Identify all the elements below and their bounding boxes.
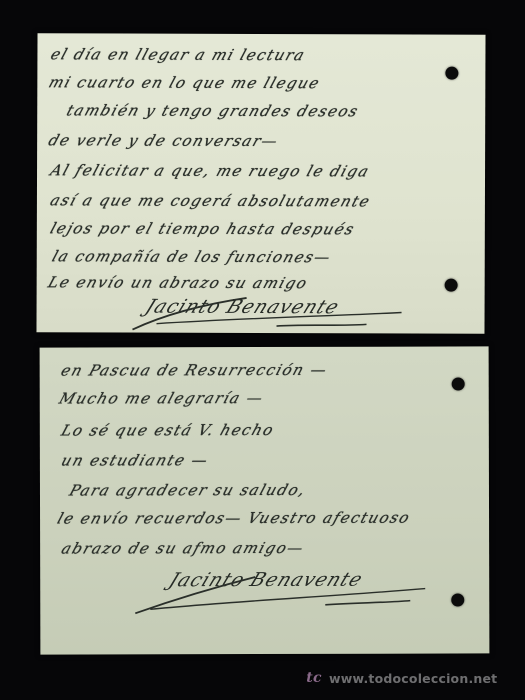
handwritten-line: también y tengo grandes deseos xyxy=(64,101,361,120)
punch-hole xyxy=(452,377,465,390)
handwritten-line: en Pascua de Resurrección — xyxy=(59,361,331,380)
handwritten-line: el día en llegar a mi lectura xyxy=(48,45,308,64)
todocoleccion-logo-icon: tc xyxy=(305,668,323,688)
signature-flourish xyxy=(126,294,406,335)
handwritten-card-top: el día en llegar a mi lectura mi cuarto … xyxy=(36,33,485,334)
punch-hole xyxy=(445,67,458,80)
handwritten-line: Le envío un abrazo su amigo xyxy=(46,273,311,292)
handwritten-line: Lo sé que está V. hecho xyxy=(59,421,277,440)
handwritten-card-bottom: en Pascua de Resurrección — Mucho me ale… xyxy=(40,346,490,654)
watermark-text: www.todocoleccion.net xyxy=(329,671,497,686)
handwritten-line: lejos por el tiempo hasta después xyxy=(48,219,358,238)
signature-flourish xyxy=(125,569,445,620)
handwritten-line: Mucho me alegraría — xyxy=(57,389,267,408)
handwritten-line: de verle y de conversar— xyxy=(46,131,281,150)
handwritten-line: Para agradecer su saludo, xyxy=(67,481,309,500)
handwritten-line: así a que me cogerá absolutamente xyxy=(48,191,373,210)
handwritten-line: un estudiante — xyxy=(59,451,211,469)
handwritten-line: mi cuarto en lo que me llegue xyxy=(46,73,323,92)
punch-hole xyxy=(451,593,464,606)
punch-hole xyxy=(445,279,458,292)
handwritten-line: le envío recuerdos— Vuestro afectuoso xyxy=(55,509,413,528)
handwritten-line: Al felicitar a que, me ruego le diga xyxy=(48,161,372,180)
handwritten-line: abrazo de su afmo amigo— xyxy=(59,539,307,558)
handwritten-line: la compañía de los funciones— xyxy=(50,247,334,266)
watermark: tc www.todocoleccion.net xyxy=(305,668,497,688)
